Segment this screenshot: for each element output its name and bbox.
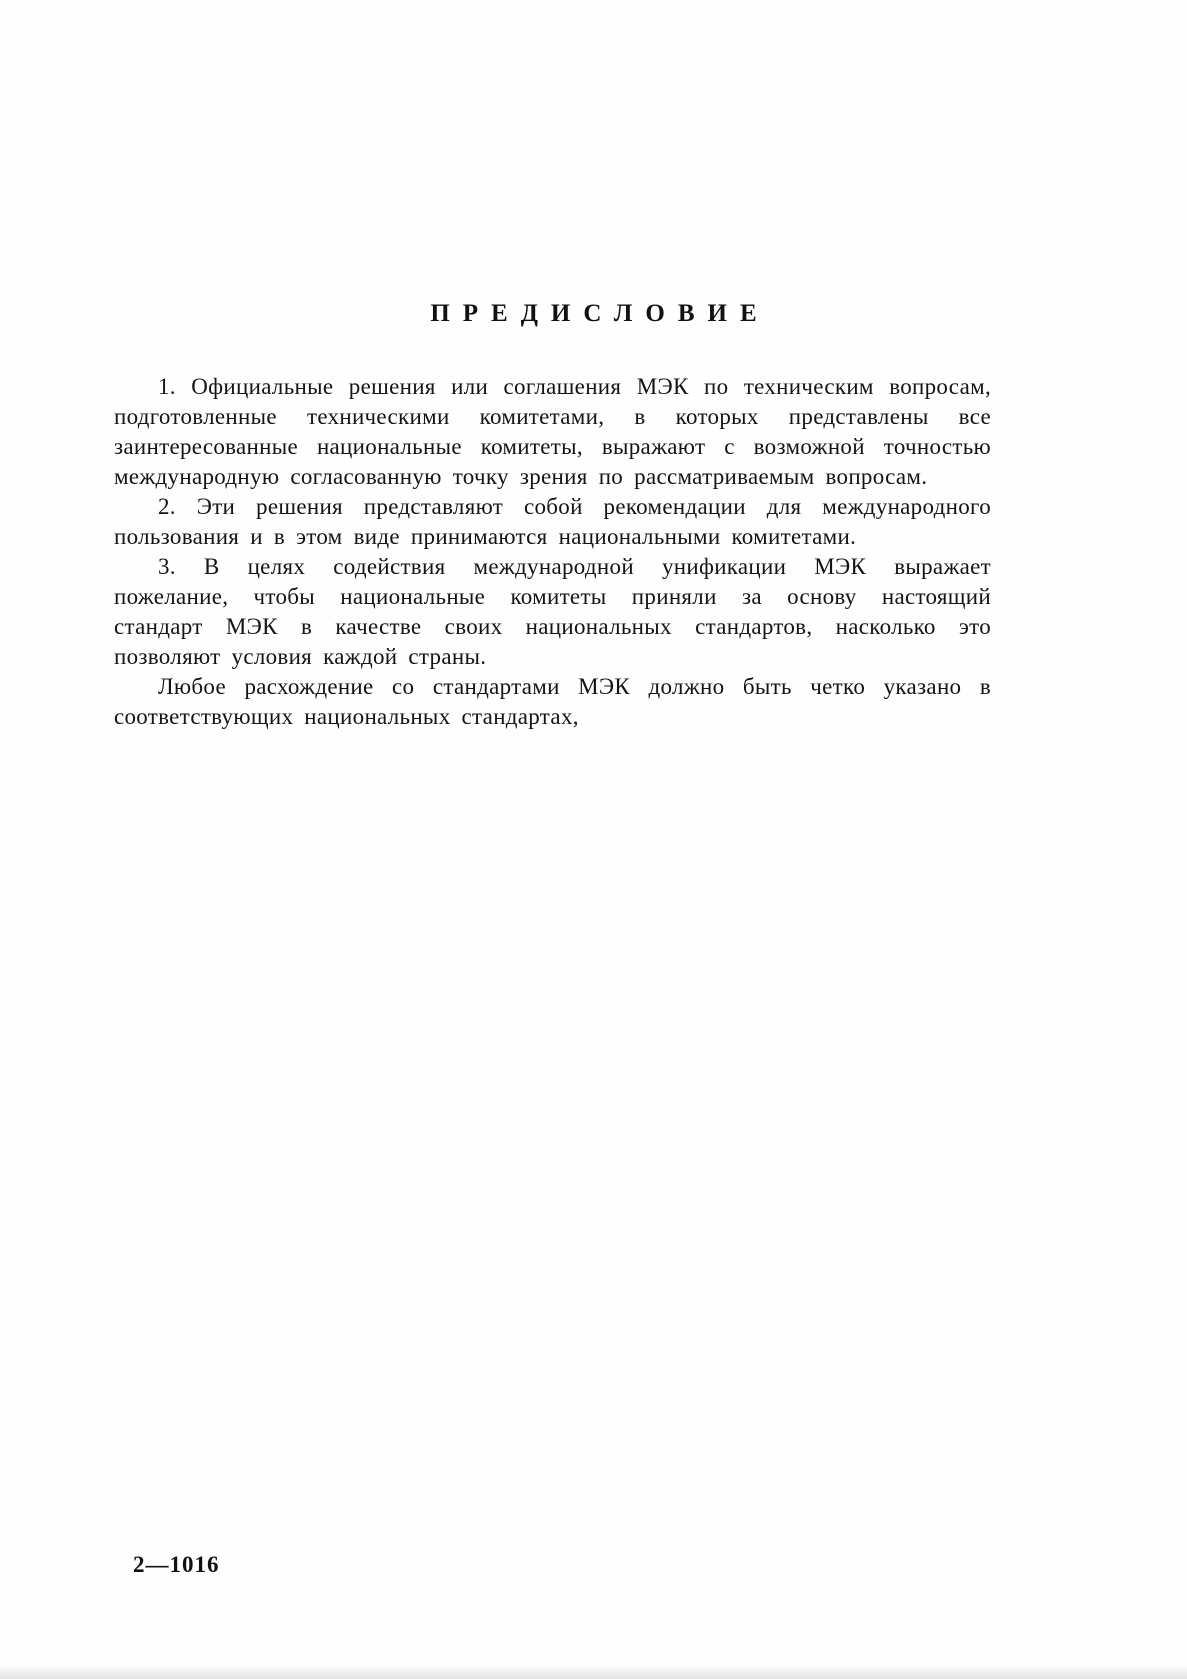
- print-edition-mark: 2—1016: [133, 1552, 220, 1578]
- paragraph-3: 3. В целях содействия международной униф…: [114, 552, 991, 672]
- paragraph-2: 2. Эти решения представляют собой рекоме…: [114, 492, 991, 552]
- scanned-document-page: ПРЕДИСЛОВИЕ 1. Официальные решения или с…: [0, 0, 1187, 1679]
- preface-body: 1. Официальные решения или соглашения МЭ…: [114, 372, 991, 732]
- page-title: ПРЕДИСЛОВИЕ: [0, 300, 1187, 328]
- paragraph-4: Любое расхождение со стандартами МЭК дол…: [114, 672, 991, 732]
- paragraph-1: 1. Официальные решения или соглашения МЭ…: [114, 372, 991, 492]
